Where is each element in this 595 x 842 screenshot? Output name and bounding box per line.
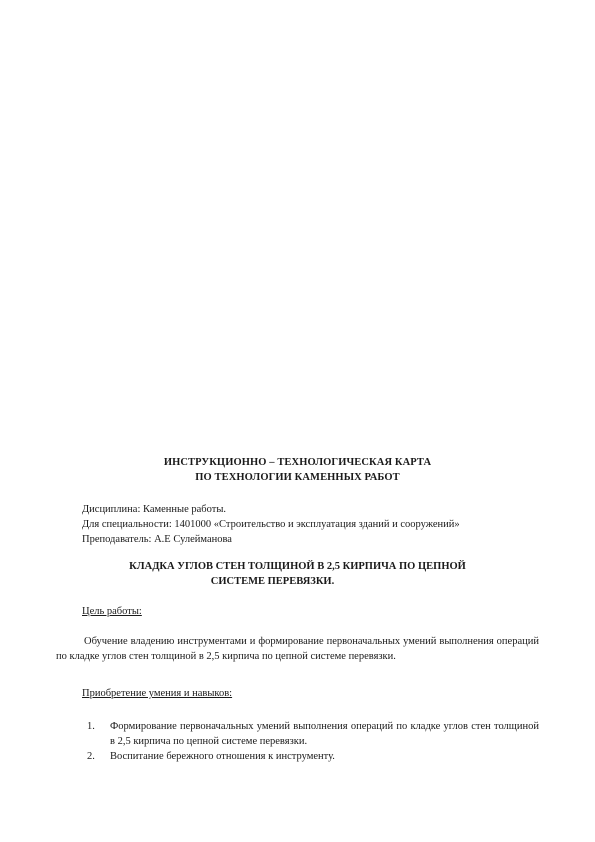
discipline-line: Дисциплина: Каменные работы.	[82, 502, 460, 517]
skills-heading: Приобретение умения и навыков:	[82, 686, 232, 701]
subtitle-line-1: КЛАДКА УГЛОВ СТЕН ТОЛЩИНОЙ В 2,5 КИРПИЧА…	[60, 559, 535, 574]
document-page: ИНСТРУКЦИОННО – ТЕХНОЛОГИЧЕСКАЯ КАРТА ПО…	[0, 0, 595, 842]
specialty-line: Для специальности: 1401000 «Строительств…	[82, 517, 460, 532]
document-subtitle: КЛАДКА УГЛОВ СТЕН ТОЛЩИНОЙ В 2,5 КИРПИЧА…	[60, 559, 535, 589]
document-meta: Дисциплина: Каменные работы. Для специал…	[82, 502, 460, 547]
title-line-2: ПО ТЕХНОЛОГИИ КАМЕННЫХ РАБОТ	[0, 470, 595, 485]
teacher-line: Преподаватель: А.Е Сулейманова	[82, 532, 460, 547]
list-item-text: Воспитание бережного отношения к инструм…	[110, 751, 335, 762]
goal-paragraph: Обучение владению инструментами и формир…	[56, 634, 539, 664]
list-item-text: Формирование первоначальных умений выпол…	[110, 721, 539, 747]
subtitle-line-2: СИСТЕМЕ ПЕРЕВЯЗКИ.	[60, 574, 535, 589]
list-item: 1. Формирование первоначальных умений вы…	[56, 719, 539, 749]
list-item-number: 2.	[87, 749, 95, 764]
list-item: 2. Воспитание бережного отношения к инст…	[56, 749, 539, 764]
goal-heading: Цель работы:	[82, 604, 142, 619]
document-title: ИНСТРУКЦИОННО – ТЕХНОЛОГИЧЕСКАЯ КАРТА ПО…	[0, 455, 595, 485]
skills-list: 1. Формирование первоначальных умений вы…	[56, 719, 539, 764]
list-item-number: 1.	[87, 719, 95, 734]
title-line-1: ИНСТРУКЦИОННО – ТЕХНОЛОГИЧЕСКАЯ КАРТА	[0, 455, 595, 470]
